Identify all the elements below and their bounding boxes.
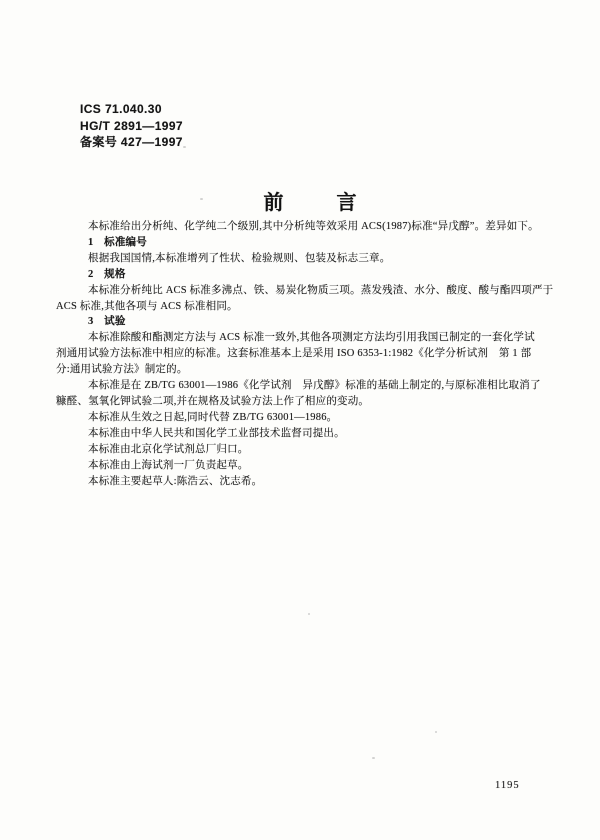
scan-speck [183, 146, 186, 148]
scan-speck [308, 613, 310, 615]
scan-speck [372, 757, 375, 759]
foreword-line: 本标准从生效之日起,同时代替 ZB/TG 63001—1986。 [56, 410, 542, 426]
scan-speck [435, 731, 437, 733]
foreword-line: 本标准由北京化学试剂总厂归口。 [56, 442, 542, 458]
foreword-body: 本标准给出分析纯、化学纯二个级别,其中分析纯等效采用 ACS(1987)标准“异… [56, 219, 542, 489]
foreword-line: 根据我国国情,本标准增列了性状、检验规则、包装及标志三章。 [56, 251, 542, 267]
scan-speck [200, 198, 203, 200]
foreword-line: 本标准主要起草人:陈浩云、沈志希。 [56, 474, 542, 490]
ics-code: ICS 71.040.30 [80, 101, 183, 118]
foreword-line: 本标准是在 ZB/TG 63001—1986《化学试剂 异戊醇》标准的基础上制定… [56, 378, 542, 394]
document-page: ICS 71.040.30 HG/T 2891—1997 备案号 427—199… [0, 0, 600, 840]
page-number: 1195 [495, 780, 520, 791]
foreword-line: 本标准由中华人民共和国化学工业部技术监督司提出。 [56, 426, 542, 442]
section-heading: 2 规格 [56, 267, 542, 283]
foreword-line: ACS 标准,其他各项与 ACS 标准相同。 [56, 299, 542, 315]
foreword-line: 本标准给出分析纯、化学纯二个级别,其中分析纯等效采用 ACS(1987)标准“异… [56, 219, 542, 235]
foreword-line: 分:通用试验方法》制定的。 [56, 362, 542, 378]
section-heading: 1 标准编号 [56, 235, 542, 251]
standard-number: HG/T 2891—1997 [80, 118, 183, 135]
foreword-line: 本标准由上海试剂一厂负责起草。 [56, 458, 542, 474]
foreword-line: 本标准除酸和酯测定方法与 ACS 标准一致外,其他各项测定方法均引用我国已制定的… [56, 330, 542, 346]
foreword-line: 本标准分析纯比 ACS 标准多沸点、铁、易炭化物质三项。蒸发残渣、水分、酸度、酸… [56, 283, 542, 299]
section-heading: 3 试验 [56, 314, 542, 330]
title-char-2: 言 [337, 186, 357, 215]
foreword-line: 糠醛、氢氧化钾试验二项,并在规格及试验方法上作了相应的变动。 [56, 394, 542, 410]
foreword-line: 剂通用试验方法标准中相应的标准。这套标准基本上是采用 ISO 6353-1:19… [56, 346, 542, 362]
title-char-1: 前 [264, 186, 284, 215]
standard-codes-block: ICS 71.040.30 HG/T 2891—1997 备案号 427—199… [80, 101, 183, 151]
page-title: 前 言 [10, 186, 600, 215]
record-number: 备案号 427—1997 [80, 134, 183, 151]
